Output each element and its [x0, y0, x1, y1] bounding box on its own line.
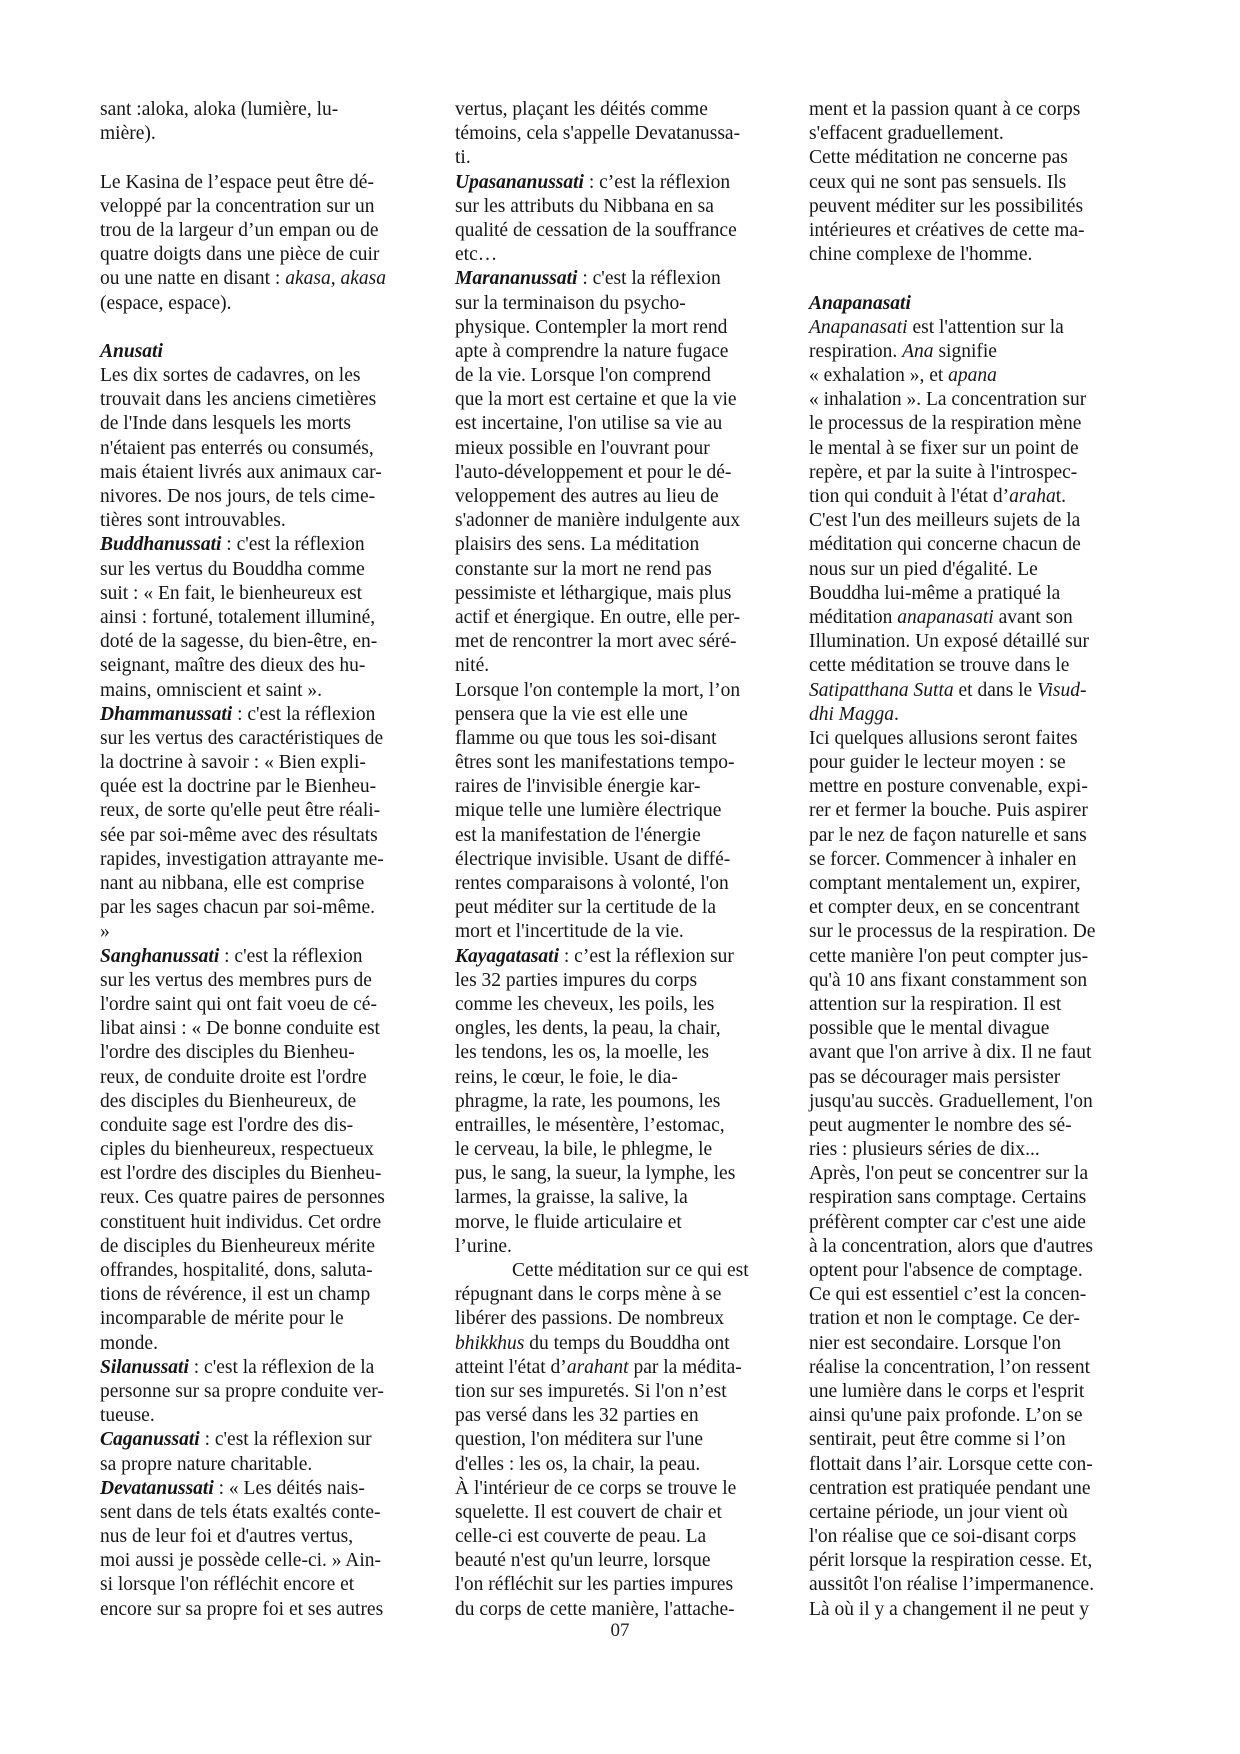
text-run: méditation qui concerne chacun de [809, 534, 1081, 555]
text-line: peut augmenter le nombre des sé- [809, 1114, 1154, 1138]
text-line: possible que le mental divague [809, 1017, 1154, 1041]
text-run: : c'est la réflexion [232, 704, 375, 725]
text-run: méditation [809, 607, 897, 628]
text-run: cette manière l'on peut compter jus- [809, 946, 1088, 967]
text-run: nier est secondaire. Lorsque l'on [809, 1333, 1061, 1354]
text-line: conduite sage est l'ordre des dis- [100, 1114, 440, 1138]
term-heading: Dhammanussati [100, 704, 232, 725]
text-line: centration est pratiquée pendant une [809, 1477, 1154, 1501]
text-line: jusqu'au succès. Graduellement, l'on [809, 1090, 1154, 1114]
term-heading: Anusati [100, 341, 163, 362]
text-line: ries : plusieurs séries de dix... [809, 1138, 1154, 1162]
text-run: Là où il y a changement il ne peut y [809, 1599, 1089, 1620]
text-run: mière). [100, 123, 156, 144]
text-line: ment et la passion quant à ce corps [809, 98, 1154, 122]
text-line: intérieures et créatives de cette ma- [809, 219, 1154, 243]
text-run: tions de révérence, il est un champ [100, 1284, 370, 1305]
text-line: Cette méditation ne concerne pas [809, 146, 1154, 170]
text-line: par le nez de façon naturelle et sans [809, 824, 1154, 848]
text-line: phragme, la rate, les poumons, les [455, 1090, 800, 1114]
text-run: flottait dans l’air. Lorsque cette con- [809, 1454, 1093, 1475]
term-heading: Marananussati [455, 268, 577, 289]
text-run: Lorsque l'on contemple la mort, l’on [455, 680, 740, 701]
text-line: incomparable de mérite pour le [100, 1307, 440, 1331]
text-run: l'ordre des disciples du Bienheu- [100, 1042, 355, 1063]
italic-term: apana [948, 365, 997, 386]
text-line: Lorsque l'on contemple la mort, l’on [455, 679, 800, 703]
text-line: ciples du bienheureux, respectueux [100, 1138, 440, 1162]
italic-term: bhikkhus [455, 1333, 524, 1354]
text-line: que la mort est certaine et que la vie [455, 388, 800, 412]
text-line: Ce qui est essentiel c’est la concen- [809, 1283, 1154, 1307]
text-run: ainsi qu'une paix profonde. L’on se [809, 1405, 1083, 1426]
text-run: de la vie. Lorsque l'on comprend [455, 365, 711, 386]
text-run: monde. [100, 1333, 158, 1354]
text-line: sur le processus de la respiration. De [809, 920, 1154, 944]
text-run: si lorsque l'on réfléchit encore et [100, 1574, 354, 1595]
blank-line [100, 146, 440, 170]
text-run: par les sages chacun par soi-même. [100, 897, 375, 918]
text-line: ongles, les dents, la peau, la chair, [455, 1017, 800, 1041]
text-run: sur la terminaison du psycho- [455, 293, 686, 314]
text-run: : c’est la réflexion [584, 172, 730, 193]
text-run: du temps du Bouddha ont [524, 1333, 729, 1354]
text-line: nivores. De nos jours, de tels cime- [100, 485, 440, 509]
text-run: la doctrine à savoir : « Bien expli- [100, 752, 366, 773]
text-line: comptant mentalement un, expirer, [809, 872, 1154, 896]
text-run: est l'attention sur la [908, 317, 1064, 338]
text-line: mieux possible en l'ouvrant pour [455, 437, 800, 461]
text-line: peuvent méditer sur les possibilités [809, 195, 1154, 219]
text-line: respiration sans comptage. Certains [809, 1186, 1154, 1210]
text-line: ti. [455, 146, 800, 170]
text-run: rapides, investigation attrayante me- [100, 849, 384, 870]
text-line: tueuse. [100, 1404, 440, 1428]
text-run: sant :aloka, aloka (lumière, lu- [100, 99, 338, 120]
text-line: mais étaient livrés aux animaux car- [100, 461, 440, 485]
text-line: personne sur sa propre conduite ver- [100, 1380, 440, 1404]
text-line: peut méditer sur la certitude de la [455, 896, 800, 920]
text-run: par la médita- [629, 1357, 742, 1378]
text-run: (espace, espace). [100, 293, 232, 314]
text-line: mort et l'incertitude de la vie. [455, 920, 800, 944]
text-line: par les sages chacun par soi-même. [100, 896, 440, 920]
text-run: pas versé dans les 32 parties en [455, 1405, 699, 1426]
text-run: mieux possible en l'ouvrant pour [455, 438, 710, 459]
text-run: que la mort est certaine et que la vie [455, 389, 737, 410]
text-line: et compter deux, en se concentrant [809, 896, 1154, 920]
text-line: « exhalation », et apana [809, 364, 1154, 388]
text-line: trou de la largeur d’un empan ou de [100, 219, 440, 243]
text-run: possible que le mental divague [809, 1018, 1049, 1039]
text-run: pas se décourager mais persister [809, 1067, 1060, 1088]
text-line: » [100, 920, 440, 944]
text-run: le processus de la respiration mène [809, 413, 1081, 434]
text-run: Les dix sortes de cadavres, on les [100, 365, 360, 386]
text-line: flottait dans l’air. Lorsque cette con- [809, 1453, 1154, 1477]
text-line: êtres sont les manifestations tempo- [455, 751, 800, 775]
text-run: doté de la sagesse, du bien-être, en- [100, 631, 377, 652]
text-run: ceux qui ne sont pas sensuels. Ils [809, 172, 1066, 193]
text-line: ou une natte en disant : akasa, akasa [100, 267, 440, 291]
text-run: Ce qui est essentiel c’est la concen- [809, 1284, 1086, 1305]
text-run: tration et non le comptage. Ce der- [809, 1308, 1080, 1329]
term-heading: Devatanussati [100, 1478, 214, 1499]
text-run: Ici quelques allusions seront faites [809, 728, 1078, 749]
text-run: repère, et par la suite à l'introspec- [809, 462, 1077, 483]
text-line: attention sur la respiration. Il est [809, 993, 1154, 1017]
text-run: avant que l'on arrive à dix. Il ne faut [809, 1042, 1091, 1063]
text-run: trouvait dans les anciens cimetières [100, 389, 376, 410]
text-line: méditation qui concerne chacun de [809, 533, 1154, 557]
text-run: pour guider le lecteur moyen : se [809, 752, 1066, 773]
text-line: raires de l'invisible énergie kar- [455, 775, 800, 799]
text-run: met de rencontrer la mort avec séré- [455, 631, 737, 652]
text-run: vertus, plaçant les déités comme [455, 99, 708, 120]
text-line: avant que l'on arrive à dix. Il ne faut [809, 1041, 1154, 1065]
text-line: est la manifestation de l'énergie [455, 824, 800, 848]
text-run: est la manifestation de l'énergie [455, 825, 701, 846]
text-run: intérieures et créatives de cette ma- [809, 220, 1085, 241]
text-run: comptant mentalement un, expirer, [809, 873, 1081, 894]
text-run: : c’est la réflexion sur [559, 946, 734, 967]
text-column-2: vertus, plaçant les déités commetémoins,… [455, 98, 800, 1622]
text-line: se forcer. Commencer à inhaler en [809, 848, 1154, 872]
text-line: pour guider le lecteur moyen : se [809, 751, 1154, 775]
text-line: qu'à 10 ans fixant constamment son [809, 969, 1154, 993]
text-run: l'on réfléchit sur les parties impures [455, 1574, 733, 1595]
text-run: préfèrent compter car c'est une aide [809, 1212, 1086, 1233]
text-run: plaisirs des sens. La méditation [455, 534, 699, 555]
text-line: encore sur sa propre foi et ses autres [100, 1598, 440, 1622]
text-run: peut méditer sur la certitude de la [455, 897, 716, 918]
term-heading: Caganussati [100, 1429, 200, 1450]
text-line: apte à comprendre la nature fugace [455, 340, 800, 364]
text-run: nité. [455, 655, 489, 676]
text-run: etc… [455, 244, 497, 265]
text-line: rer et fermer la bouche. Puis aspirer [809, 799, 1154, 823]
text-line: pensera que la vie est elle une [455, 703, 800, 727]
text-run: Après, l'on peut se concentrer sur la [809, 1163, 1088, 1184]
text-line: Caganussati : c'est la réflexion sur [100, 1428, 440, 1452]
text-run: et compter deux, en se concentrant [809, 897, 1080, 918]
text-run: C'est l'un des meilleurs sujets de la [809, 510, 1080, 531]
text-run: Le Kasina de l’espace peut être dé- [100, 172, 374, 193]
text-run: sur le processus de la respiration. De [809, 921, 1095, 942]
text-run: le mental à se fixer sur un point de [809, 438, 1079, 459]
text-run: ciples du bienheureux, respectueux [100, 1139, 374, 1160]
text-line: reux. Ces quatre paires de personnes [100, 1186, 440, 1210]
text-line: atteint l'état d’arahant par la médita- [455, 1356, 800, 1380]
text-line: veloppé par la concentration sur un [100, 195, 440, 219]
text-line: électrique invisible. Usant de diffé- [455, 848, 800, 872]
text-line: reux, de conduite droite est l'ordre [100, 1066, 440, 1090]
text-run: jusqu'au succès. Graduellement, l'on [809, 1091, 1093, 1112]
text-line: qualité de cessation de la souffrance [455, 219, 800, 243]
text-line: pus, le sang, la sueur, la lymphe, les [455, 1162, 800, 1186]
text-line: est incertaine, l'on utilise sa vie au [455, 412, 800, 436]
text-line: Après, l'on peut se concentrer sur la [809, 1162, 1154, 1186]
text-line: met de rencontrer la mort avec séré- [455, 630, 800, 654]
text-line: nité. [455, 654, 800, 678]
text-run: constante sur la mort ne rend pas [455, 559, 712, 580]
text-run: pus, le sang, la sueur, la lymphe, les [455, 1163, 735, 1184]
text-line: Les dix sortes de cadavres, on les [100, 364, 440, 388]
text-run: certaine période, un jour vient où [809, 1502, 1068, 1523]
text-line: question, l'on méditera sur l'une [455, 1428, 800, 1452]
text-run: se forcer. Commencer à inhaler en [809, 849, 1076, 870]
blank-line [100, 316, 440, 340]
text-line: l'auto-développement et pour le dé- [455, 461, 800, 485]
text-run: physique. Contempler la mort rend [455, 317, 727, 338]
text-run: du corps de cette manière, l'attache- [455, 1599, 735, 1620]
text-run: témoins, cela s'appelle Devatanussa- [455, 123, 740, 144]
text-run: chine complexe de l'homme. [809, 244, 1032, 265]
text-run: . [894, 704, 899, 725]
text-run: flamme ou que tous les soi-disant [455, 728, 717, 749]
text-run: Illumination. Un exposé détaillé sur [809, 631, 1089, 652]
text-line: répugnant dans le corps mène à se [455, 1283, 800, 1307]
text-run: êtres sont les manifestations tempo- [455, 752, 734, 773]
text-line: sa propre nature charitable. [100, 1453, 440, 1477]
text-line: Ici quelques allusions seront faites [809, 727, 1154, 751]
text-run: veloppement des autres au lieu de [455, 486, 719, 507]
text-line: Satipatthana Sutta et dans le Visud- [809, 679, 1154, 703]
text-run: le cerveau, la bile, le phlegme, le [455, 1139, 712, 1160]
text-run: n'étaient pas enterrés ou consumés, [100, 438, 374, 459]
term-heading: Kayagatasati [455, 946, 559, 967]
text-line: de la vie. Lorsque l'on comprend [455, 364, 800, 388]
text-run: de disciples du Bienheureux mérite [100, 1236, 375, 1257]
text-line: Bouddha lui-même a pratiqué la [809, 582, 1154, 606]
text-line: préfèrent compter car c'est une aide [809, 1211, 1154, 1235]
text-line: l'ordre des disciples du Bienheu- [100, 1041, 440, 1065]
text-run: À l'intérieur de ce corps se trouve le [455, 1478, 736, 1499]
text-line: cette méditation se trouve dans le [809, 654, 1154, 678]
text-run: comme les cheveux, les poils, les [455, 994, 714, 1015]
text-run: l'on réalise que ce soi-disant corps [809, 1526, 1076, 1547]
text-line: Upasananussati : c’est la réflexion [455, 171, 800, 195]
text-line: pas versé dans les 32 parties en [455, 1404, 800, 1428]
text-line: constante sur la mort ne rend pas [455, 558, 800, 582]
text-line: sur les attributs du Nibbana en sa [455, 195, 800, 219]
text-run: atteint l'état d’ [455, 1357, 567, 1378]
text-line: sur les vertus des caractéristiques de [100, 727, 440, 751]
text-line: Marananussati : c'est la réflexion [455, 267, 800, 291]
text-line: morve, le fluide articulaire et [455, 1211, 800, 1235]
text-line: repère, et par la suite à l'introspec- [809, 461, 1154, 485]
text-line: Anusati [100, 340, 440, 364]
term-heading: Sanghanussati [100, 946, 219, 967]
text-run: : c'est la réflexion [577, 268, 720, 289]
text-line: actif et énergique. En outre, elle per- [455, 606, 800, 630]
italic-term: araha [1009, 486, 1056, 507]
text-run: nous sur un pied d'égalité. Le [809, 559, 1038, 580]
indented-text: Cette méditation sur ce qui est [455, 1260, 749, 1281]
text-run: électrique invisible. Usant de diffé- [455, 849, 730, 870]
text-run: sur les vertus du Bouddha comme [100, 559, 365, 580]
text-line: l'on réfléchit sur les parties impures [455, 1573, 800, 1597]
text-line: réalise la concentration, l’on ressent [809, 1356, 1154, 1380]
text-run: ainsi : fortuné, totalement illuminé, [100, 607, 375, 628]
text-run: peuvent méditer sur les possibilités [809, 196, 1083, 217]
text-line: de disciples du Bienheureux mérite [100, 1235, 440, 1259]
text-run: offrandes, hospitalité, dons, saluta- [100, 1260, 373, 1281]
text-line: quée est la doctrine par le Bienheu- [100, 775, 440, 799]
text-run: libérer des passions. De nombreux [455, 1308, 724, 1329]
text-line: méditation anapanasati avant son [809, 606, 1154, 630]
text-line: rentes comparaisons à volonté, l'on [455, 872, 800, 896]
text-line: n'étaient pas enterrés ou consumés, [100, 437, 440, 461]
blank-line [809, 267, 1154, 291]
text-run: nant au nibbana, elle est comprise [100, 873, 364, 894]
text-line: larmes, la graisse, la salive, la [455, 1186, 800, 1210]
text-run: mique telle une lumière électrique [455, 800, 721, 821]
text-run: tion sur ses impuretés. Si l'on n’est [455, 1381, 727, 1402]
text-line: Buddhanussati : c'est la réflexion [100, 533, 440, 557]
text-run: ries : plusieurs séries de dix... [809, 1139, 1040, 1160]
text-line: monde. [100, 1332, 440, 1356]
text-line: « inhalation ». La concentration sur [809, 388, 1154, 412]
text-run: : c'est la réflexion [221, 534, 364, 555]
text-line: s'effacent graduellement. [809, 122, 1154, 146]
text-run: par le nez de façon naturelle et sans [809, 825, 1087, 846]
text-line: flamme ou que tous les soi-disant [455, 727, 800, 751]
text-run: à la concentration, alors que d'autres [809, 1236, 1093, 1257]
text-line: optent pour l'absence de comptage. [809, 1259, 1154, 1283]
text-line: (espace, espace). [100, 292, 440, 316]
text-line: tration et non le comptage. Ce der- [809, 1307, 1154, 1331]
text-run: l'ordre saint qui ont fait voeu de cé- [100, 994, 377, 1015]
text-line: trouvait dans les anciens cimetières [100, 388, 440, 412]
text-run: respiration sans comptage. Certains [809, 1187, 1086, 1208]
text-line: Dhammanussati : c'est la réflexion [100, 703, 440, 727]
text-line: sentirait, peut être comme si l’on [809, 1428, 1154, 1452]
text-run: ongles, les dents, la peau, la chair, [455, 1018, 721, 1039]
text-line: certaine période, un jour vient où [809, 1501, 1154, 1525]
text-line: tions de révérence, il est un champ [100, 1283, 440, 1307]
text-run: mettre en posture convenable, expi- [809, 776, 1088, 797]
text-run: une lumière dans le corps et l'esprit [809, 1381, 1084, 1402]
text-line: squelette. Il est couvert de chair et [455, 1501, 800, 1525]
text-line: de l'Inde dans lesquels les morts [100, 412, 440, 436]
text-run: : « Les déités nais- [214, 1478, 365, 1499]
text-line: mière). [100, 122, 440, 146]
text-line: reins, le cœur, le foie, le dia- [455, 1066, 800, 1090]
text-line: vertus, plaçant les déités comme [455, 98, 800, 122]
text-run: phragme, la rate, les poumons, les [455, 1091, 720, 1112]
text-line: sur les vertus du Bouddha comme [100, 558, 440, 582]
text-run: sentirait, peut être comme si l’on [809, 1429, 1066, 1450]
italic-term: arahant [567, 1357, 629, 1378]
text-line: tion qui conduit à l'état d’arahat. [809, 485, 1154, 509]
text-line: du corps de cette manière, l'attache- [455, 1598, 800, 1622]
text-run: squelette. Il est couvert de chair et [455, 1502, 722, 1523]
text-run: quée est la doctrine par le Bienheu- [100, 776, 376, 797]
text-run: rentes comparaisons à volonté, l'on [455, 873, 729, 894]
text-run: reux, de conduite droite est l'ordre [100, 1067, 367, 1088]
text-line: tion sur ses impuretés. Si l'on n’est [455, 1380, 800, 1404]
text-line: est l'ordre des disciples du Bienheu- [100, 1162, 440, 1186]
text-run: aussitôt l'on réalise l’impermanence. [809, 1574, 1094, 1595]
text-run: pensera que la vie est elle une [455, 704, 688, 725]
text-line: veloppement des autres au lieu de [455, 485, 800, 509]
text-run: veloppé par la concentration sur un [100, 196, 375, 217]
text-line: les 32 parties impures du corps [455, 969, 800, 993]
text-line: mique telle une lumière électrique [455, 799, 800, 823]
text-run: question, l'on méditera sur l'une [455, 1429, 703, 1450]
text-line: l’urine. [455, 1235, 800, 1259]
text-run: libat ainsi : « De bonne conduite est [100, 1018, 380, 1039]
text-run: avant son [994, 607, 1073, 628]
text-line: moi aussi je possède celle-ci. » Ain- [100, 1549, 440, 1573]
text-run: réalise la concentration, l’on ressent [809, 1357, 1090, 1378]
text-line: le mental à se fixer sur un point de [809, 437, 1154, 461]
text-line: comme les cheveux, les poils, les [455, 993, 800, 1017]
text-run: raires de l'invisible énergie kar- [455, 776, 700, 797]
italic-term: akasa, akasa [285, 268, 386, 289]
text-line: Anapanasati est l'attention sur la [809, 316, 1154, 340]
text-line: libérer des passions. De nombreux [455, 1307, 800, 1331]
text-run: reux, de sorte qu'elle peut être réali- [100, 800, 380, 821]
text-run: tueuse. [100, 1405, 155, 1426]
text-run: nivores. De nos jours, de tels cime- [100, 486, 375, 507]
text-line: rapides, investigation attrayante me- [100, 848, 440, 872]
text-run: rer et fermer la bouche. Puis aspirer [809, 800, 1088, 821]
text-line: le cerveau, la bile, le phlegme, le [455, 1138, 800, 1162]
text-run: est l'ordre des disciples du Bienheu- [100, 1163, 381, 1184]
text-run: celle-ci est couverte de peau. La [455, 1526, 706, 1547]
text-line: sant :aloka, aloka (lumière, lu- [100, 98, 440, 122]
text-line: offrandes, hospitalité, dons, saluta- [100, 1259, 440, 1283]
text-line: Kayagatasati : c’est la réflexion sur [455, 945, 800, 969]
text-run: » [100, 921, 110, 942]
text-run: Bouddha lui-même a pratiqué la [809, 583, 1060, 604]
text-run: périt lorsque la respiration cesse. Et, [809, 1550, 1092, 1571]
text-line: s'adonner de manière indulgente aux [455, 509, 800, 533]
text-run: mais étaient livrés aux animaux car- [100, 462, 382, 483]
text-line: suit : « En fait, le bienheureux est [100, 582, 440, 606]
text-run: quatre doigts dans une pièce de cuir [100, 244, 379, 265]
text-run: s'effacent graduellement. [809, 123, 1004, 144]
text-line: reux, de sorte qu'elle peut être réali- [100, 799, 440, 823]
text-run: actif et énergique. En outre, elle per- [455, 607, 740, 628]
text-line: quatre doigts dans une pièce de cuir [100, 243, 440, 267]
text-line: cette manière l'on peut compter jus- [809, 945, 1154, 969]
text-run: larmes, la graisse, la salive, la [455, 1187, 688, 1208]
text-run: d'elles : les os, la chair, la peau. [455, 1454, 700, 1475]
text-run: nus de leur foi et d'autres vertus, [100, 1526, 353, 1547]
text-run: attention sur la respiration. Il est [809, 994, 1061, 1015]
text-run: des disciples du Bienheureux, de [100, 1091, 356, 1112]
text-run: : c'est la réflexion sur [200, 1429, 372, 1450]
text-line: beauté n'est qu'un leurre, lorsque [455, 1549, 800, 1573]
text-line: bhikkhus du temps du Bouddha ont [455, 1332, 800, 1356]
italic-term: dhi Magga [809, 704, 894, 725]
text-run: encore sur sa propre foi et ses autres [100, 1599, 383, 1620]
text-run: conduite sage est l'ordre des dis- [100, 1115, 353, 1136]
term-heading: Buddhanussati [100, 534, 221, 555]
text-line: respiration. Ana signifie [809, 340, 1154, 364]
text-run: centration est pratiquée pendant une [809, 1478, 1091, 1499]
text-run: sur les vertus des caractéristiques de [100, 728, 383, 749]
text-line: à la concentration, alors que d'autres [809, 1235, 1154, 1259]
text-line: entrailles, le mésentère, l’estomac, [455, 1114, 800, 1138]
text-line: ainsi qu'une paix profonde. L’on se [809, 1404, 1154, 1428]
text-line: constituent huit individus. Cet ordre [100, 1211, 440, 1235]
text-line: Cette méditation sur ce qui est [455, 1259, 800, 1283]
text-run: « exhalation », et [809, 365, 948, 386]
